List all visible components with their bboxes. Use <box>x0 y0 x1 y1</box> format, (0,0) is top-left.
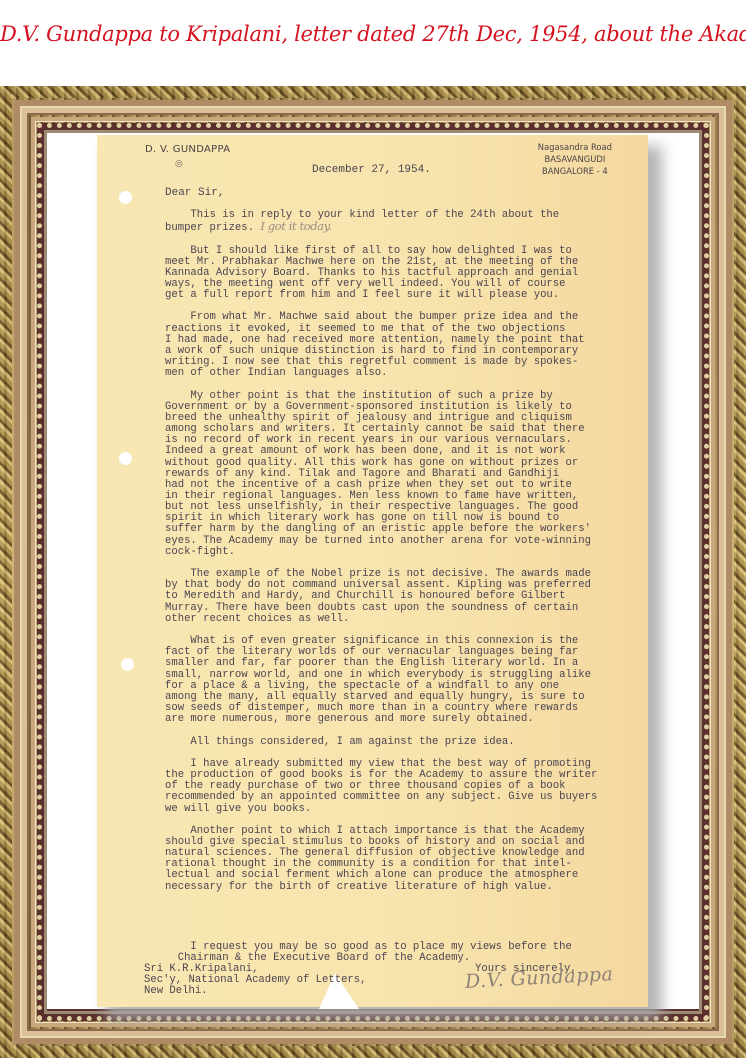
text-span: bumper prizes. <box>165 222 260 234</box>
paragraph: From what Mr. Machwe said about the bump… <box>165 312 650 379</box>
text-line: Indeed a great amount of work has been d… <box>165 446 650 457</box>
text-line: necessary for the birth of creative lite… <box>165 882 650 893</box>
salutation: Dear Sir, <box>165 188 224 199</box>
text-line: get a full report from him and I feel su… <box>165 290 650 301</box>
paragraph: Another point to which I attach importan… <box>165 826 650 893</box>
address-line: BANGALORE - 4 <box>538 165 612 177</box>
handwritten-note: I got it today. <box>260 219 331 233</box>
text-line: lectual and social ferment which alone c… <box>165 870 650 881</box>
text-line: bumper prizes. I got it today. <box>165 221 650 234</box>
address-line: Nagasandra Road <box>538 141 612 153</box>
paragraph: All things considered, I am against the … <box>165 737 650 748</box>
closing-request: I request you may be so good as to place… <box>165 942 572 964</box>
letterhead-emblem-icon: ◎ <box>175 159 183 170</box>
punch-hole <box>119 191 132 204</box>
paragraph: I have already submitted my view that th… <box>165 759 650 815</box>
punch-hole <box>121 658 134 671</box>
paragraph: But I should like first of all to say ho… <box>165 246 650 302</box>
text-line: All things considered, I am against the … <box>165 737 650 748</box>
text-line: But I should like first of all to say ho… <box>165 246 650 257</box>
text-line: From what Mr. Machwe said about the bump… <box>165 312 650 323</box>
text-line: are more numerous, more generous and mor… <box>165 714 650 725</box>
text-line: we will give you books. <box>165 804 650 815</box>
paragraph: This is in reply to your kind letter of … <box>165 210 650 234</box>
paragraph: What is of even greater significance in … <box>165 636 650 725</box>
text-line: eyes. The Academy may be turned into ano… <box>165 536 650 547</box>
paragraph: My other point is that the institution o… <box>165 391 650 558</box>
text-line: cock-fight. <box>165 547 650 558</box>
letterhead-name: D. V. GUNDAPPA <box>145 144 230 155</box>
signature: D.V. Gundappa <box>465 969 614 988</box>
text-line: other recent choices as well. <box>165 614 650 625</box>
text-line: This is in reply to your kind letter of … <box>165 210 650 221</box>
recipient-address: Sri K.R.Kripalani, Sec'y, National Acade… <box>144 964 367 997</box>
punch-hole <box>119 452 132 465</box>
paragraph: The example of the Nobel prize is not de… <box>165 569 650 625</box>
letter-date: December 27, 1954. <box>312 165 431 176</box>
text-line: without good quality. All this work has … <box>165 458 650 469</box>
letter-body: This is in reply to your kind letter of … <box>165 210 650 904</box>
text-line: men of other Indian languages also. <box>165 368 650 379</box>
text-line: recommended by an appointed committee on… <box>165 792 650 803</box>
letter-document: D. V. GUNDAPPA ◎ Nagasandra Road BASAVAN… <box>97 135 648 1007</box>
text-line: to Meredith and Hardy, and Churchill is … <box>165 591 650 602</box>
letterhead-address: Nagasandra Road BASAVANGUDI BANGALORE - … <box>538 141 612 177</box>
page-title: D.V. Gundappa to Kripalani, letter dated… <box>0 22 746 46</box>
text-line: smaller and far, far poorer than the Eng… <box>165 658 650 669</box>
address-line: BASAVANGUDI <box>538 153 612 165</box>
text-line: suffer harm by the dangling of an eristi… <box>165 524 650 535</box>
